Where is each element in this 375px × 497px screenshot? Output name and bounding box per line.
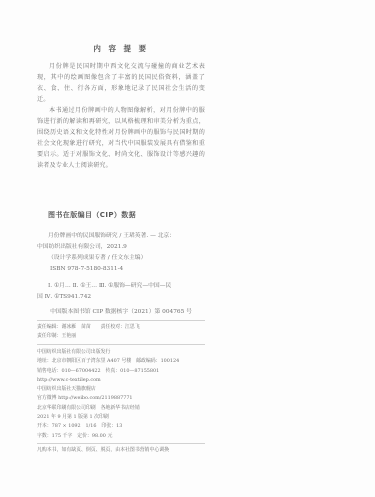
publisher-line: 地址：北京市朝阳区百子湾东里 A407 号楼 邮政编码：100124 xyxy=(37,357,205,366)
publisher-line: 中国纺织出版社天猫旗舰店 xyxy=(37,385,205,394)
abstract-paragraph: 月份牌是民国时期中西文化交流与碰撞的商业艺术表现，其中的绘画图像包含了丰富的民国… xyxy=(37,61,205,105)
publisher-line: 字数：175 千字 定价：98.00 元 xyxy=(37,432,205,441)
cip-record: 月份牌画中的民国服饰研究 / 王珺英著. — 北京： 中国纺织出版社有限公司，2… xyxy=(37,231,205,318)
publisher-line: 销售电话：010—67004422 传真：010—87155801 xyxy=(37,367,205,376)
publisher-line: 开本：787 × 1092 1/16 印张：13 xyxy=(37,422,205,431)
editors-line: 责任印制：王艳丽 xyxy=(37,332,205,341)
abstract-title: 内 容 提 要 xyxy=(37,43,205,54)
publisher-line: 官方微博 http://weibo.com/2119887771 xyxy=(37,394,205,403)
divider xyxy=(37,443,205,444)
copyright-page: 内 容 提 要 月份牌是民国时期中西文化交流与碰撞的商业艺术表现，其中的绘画图像… xyxy=(0,0,375,497)
publisher-line: 2021 年 9 月第 1 版第 1 次印刷 xyxy=(37,413,205,422)
replacement-notice: 凡购本书，如有缺页、倒页、脱页，由本社图书营销中心调换 xyxy=(37,446,205,455)
editors-block: 责任编辑：谢冰雁 苗苗 责任校对：江思飞 责任印制：王艳丽 xyxy=(37,323,205,342)
publisher-line: http://www.c-textilep.com xyxy=(37,376,205,385)
divider xyxy=(37,344,205,345)
publisher-line: 北京华联印刷有限公司印刷 各地新华书店经销 xyxy=(37,404,205,413)
notice-block: 凡购本书，如有缺页、倒页、脱页，由本社图书营销中心调换 xyxy=(37,446,205,455)
cip-isbn: ISBN 978-7-5180-8311-4 xyxy=(37,264,205,275)
cip-title: 图书在版编目（CIP）数据 xyxy=(48,210,136,220)
cip-entry-line: 中国纺织出版社有限公司，2021.9 xyxy=(37,242,205,253)
cip-entry-line: 月份牌画中的民国服饰研究 / 王珺英著. — 北京： xyxy=(37,231,205,242)
publisher-line: 中国纺织出版社有限公司出版发行 xyxy=(37,348,205,357)
divider xyxy=(37,320,205,321)
cip-series: （设计学系列成果专著 / 任文东主编） xyxy=(37,253,205,264)
cip-classification: Ⅰ. ①月… Ⅱ. ①王… Ⅲ. ①服饰—研究—中国—民 xyxy=(37,281,205,292)
abstract-paragraph: 本书通过月份牌画中的人物图像解析，对月份牌中的服饰进行新的解读和再研究，以风格梳… xyxy=(37,105,205,171)
publisher-block: 中国纺织出版社有限公司出版发行 地址：北京市朝阳区百子湾东里 A407 号楼 邮… xyxy=(37,348,205,441)
cip-classification: 国 Ⅳ. ①TS941.742 xyxy=(37,292,205,303)
abstract-body: 月份牌是民国时期中西文化交流与碰撞的商业艺术表现，其中的绘画图像包含了丰富的民国… xyxy=(37,61,205,171)
editors-line: 责任编辑：谢冰雁 苗苗 责任校对：江思飞 xyxy=(37,323,205,332)
cip-number: 中国版本图书馆 CIP 数据核字（2021）第 004765 号 xyxy=(37,307,205,318)
